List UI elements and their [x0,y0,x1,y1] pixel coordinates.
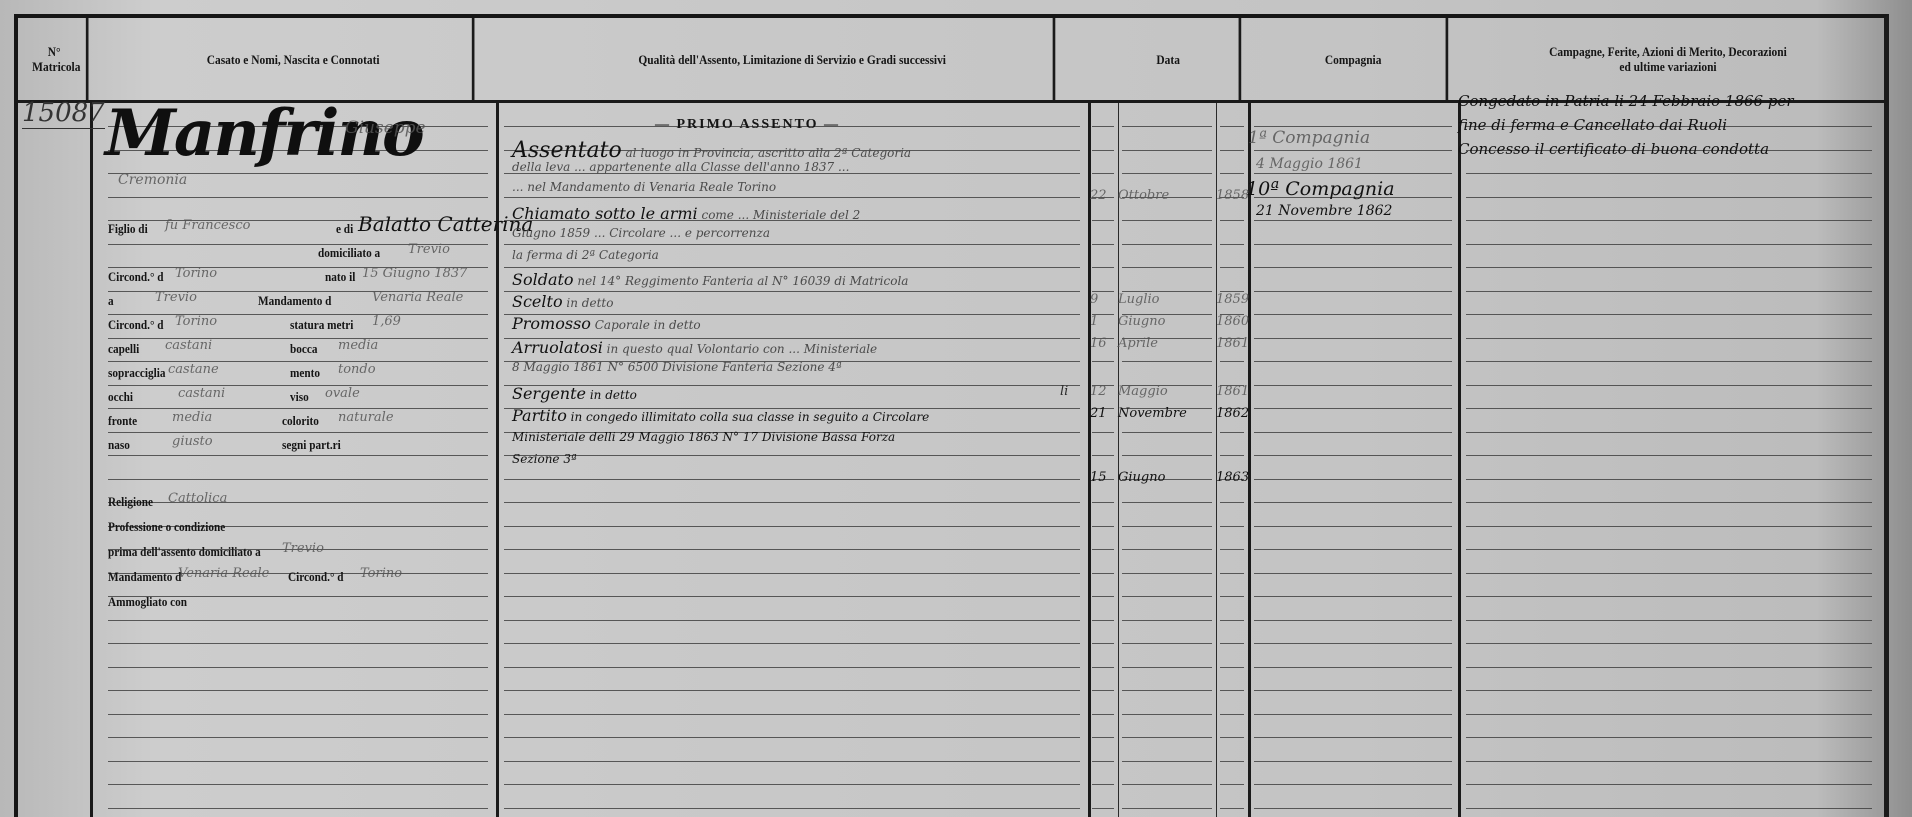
ruled-line [504,244,1080,245]
qualita-entry-text: in questo qual Volontario con ... Minist… [607,342,878,356]
ruled-line [108,479,488,480]
field-figlio-di-value: fu Francesco [165,218,250,233]
field-circond-value: Torino [175,266,217,281]
ruled-line [1254,549,1452,550]
campagne-line-2: fine di ferma e Cancellato dai Ruoli [1458,116,1727,134]
field-colorito-value: naturale [338,410,394,425]
ruled-line [504,714,1080,715]
ruled-line [1092,596,1114,597]
qualita-entry-lead: Partito [512,406,567,425]
field-fronte-value: media [172,410,212,425]
ruled-line [1122,620,1212,621]
ruled-line [1220,526,1244,527]
qualita-entry: Sergente in detto [512,384,637,403]
ruled-line [1220,267,1244,268]
ruled-line [1092,808,1114,809]
ruled-line [1122,173,1212,174]
ruled-line [1092,573,1114,574]
ruled-line [1220,596,1244,597]
ruled-line [504,479,1080,480]
ruled-line [1122,220,1212,221]
ruled-line [1092,667,1114,668]
ruled-line [1466,620,1872,621]
ruled-line [1092,244,1114,245]
date-month: Aprile [1118,336,1158,351]
ruled-line [1254,150,1452,151]
qualita-entry: Ministeriale delli 29 Maggio 1863 N° 17 … [512,430,895,444]
field-a-label: a [108,294,114,309]
header-data: Data [1098,18,1241,100]
ruled-line [1254,737,1452,738]
ruled-line [1466,596,1872,597]
ruled-line [108,690,488,691]
field-statura-value: 1,69 [372,314,401,329]
field-circond-label: Circond.° d [108,270,164,285]
header-casato-label: Casato e Nomi, Nascita e Connotati [207,52,380,67]
ruled-line [1466,197,1872,198]
ruled-line [1254,385,1452,386]
ruled-line [504,761,1080,762]
ruled-line [1092,620,1114,621]
field-colorito-label: colorito [282,414,319,429]
ruled-line [504,573,1080,574]
field-circond3-label: Circond.° d [288,570,344,585]
field-mandamento3-label: Mandamento d [108,570,181,585]
field-occhi-value: castani [178,386,225,401]
ruled-line [108,502,488,503]
column-month [1118,103,1217,817]
date-day: 15 [1090,470,1107,485]
header-campagne: Campagne, Ferite, Azioni di Merito, Deco… [1483,18,1853,100]
second-line-value: Cremonia [118,172,187,188]
qualita-entry: Scelto in detto [512,292,613,311]
ruled-line [108,432,488,433]
compagnia-entry1-line2: 4 Maggio 1861 [1256,156,1363,172]
field-naso-value: giusto [172,434,213,449]
field-ammogliato-label: Ammogliato con [108,595,187,610]
ruled-line [1254,291,1452,292]
qualita-entry-text: in detto [566,296,613,310]
ruled-line [1254,220,1452,221]
ruled-line [1254,314,1452,315]
ruled-line [1220,690,1244,691]
field-sopracciglia-value: castane [168,362,219,377]
ruled-line [1220,549,1244,550]
ruled-line [504,620,1080,621]
date-year: 1861 [1216,336,1249,351]
ruled-line [1122,808,1212,809]
compagnia-entry1-line1: 1ª Compagnia [1248,128,1370,148]
field-mento-value: tondo [338,362,376,377]
ruled-line [1466,808,1872,809]
ruled-line [1092,714,1114,715]
ruled-line [1254,126,1452,127]
qualita-entry-text: Giugno 1859 ... Circolare ... e percorre… [512,226,770,240]
date-year: 1863 [1216,470,1249,485]
ruled-line [1220,502,1244,503]
field-capelli-value: castani [165,338,212,353]
qualita-entry: Promosso Caporale in detto [512,314,701,333]
field-circond3-value: Torino [360,566,402,581]
ruled-line [1092,784,1114,785]
field-statura-label: statura metri [290,318,353,333]
date-month: Luglio [1118,292,1159,307]
ruled-line [108,667,488,668]
ruled-line [108,314,488,315]
field-bocca-value: media [338,338,378,353]
date-year: 1861 [1216,384,1249,399]
ruled-line [1466,220,1872,221]
column-year [1216,103,1251,817]
field-capelli-label: capelli [108,342,139,357]
ruled-line [1220,455,1244,456]
ruled-line [1092,549,1114,550]
ruled-line [1220,784,1244,785]
date-year: 1859 [1216,292,1249,307]
ruled-line [1220,220,1244,221]
ruled-line [1254,408,1452,409]
ruled-line [108,455,488,456]
qualita-entry-text: in detto [590,388,637,402]
date-day: 9 [1090,292,1098,307]
ruled-line [1220,761,1244,762]
qualita-entry-text: Ministeriale delli 29 Maggio 1863 N° 17 … [512,430,895,444]
ruled-line [1254,596,1452,597]
ruled-line [1122,714,1212,715]
ruled-line [1122,455,1212,456]
ruled-line [1220,737,1244,738]
ruled-line [1254,714,1452,715]
ruled-line [1122,596,1212,597]
date-month: Giugno [1118,314,1165,329]
ruled-line [1220,808,1244,809]
header-campagne-line1: Campagne, Ferite, Azioni di Merito, Deco… [1549,44,1787,59]
header-matricola-label: N° Matricola [32,44,76,74]
matricola-number: 15087 [22,98,105,129]
qualita-entry: della leva ... appartenente alla Classe … [512,160,849,174]
ruled-line [1220,667,1244,668]
header-qualita: Qualità dell'Assento, Limitazione di Ser… [532,18,1056,100]
ruled-line [1220,126,1244,127]
ruled-line [1466,784,1872,785]
qualita-entry-text: 8 Maggio 1861 N° 6500 Divisione Fanteria… [512,360,842,374]
ruled-line [1122,784,1212,785]
ruled-line [1466,291,1872,292]
ruled-line [504,667,1080,668]
ruled-line [1092,220,1114,221]
ruled-line [108,620,488,621]
ruled-line [1092,502,1114,503]
ruled-line [1092,643,1114,644]
ruled-line [1220,150,1244,151]
qualita-entry-lead: Scelto [512,292,563,311]
field-religione-label: Religione [108,495,153,510]
ruled-line [1466,761,1872,762]
field-e-di-value: Balatto Catterina [358,212,533,236]
ruled-line [504,455,1080,456]
given-name: Giuseppe [345,118,426,138]
ruled-line [1220,361,1244,362]
date-month: Maggio [1118,384,1168,399]
header-data-label: Data [1156,52,1180,67]
ruled-line [1122,690,1212,691]
date-day: 21 [1090,406,1107,421]
ruled-line [504,526,1080,527]
ruled-line [108,361,488,362]
field-naso-label: naso [108,438,130,453]
ruled-line [108,197,488,198]
ruled-line [1092,690,1114,691]
ruled-line [1122,573,1212,574]
ruled-line [1466,690,1872,691]
ruled-line [504,737,1080,738]
qualita-entry: Arruolatosi in questo qual Volontario co… [512,338,877,357]
ruled-line [108,737,488,738]
ruled-line [1254,479,1452,480]
ruled-line [1220,173,1244,174]
column-matricola [18,103,93,817]
ruled-line [1122,150,1212,151]
ruled-line [1220,573,1244,574]
field-figlio-di-label: Figlio di [108,222,148,237]
ruled-line [1122,502,1212,503]
ruled-line [1466,737,1872,738]
qualita-entry-text: come ... Ministeriale del 2 [701,208,860,222]
field-nato-value: 15 Giugno 1837 [362,266,467,281]
ruled-line [1466,338,1872,339]
ruled-line [1122,126,1212,127]
ruled-line [1254,432,1452,433]
qualita-entry-text: Caporale in detto [595,318,701,332]
field-professione-label: Professione o condizione [108,520,225,535]
ruled-line [1254,173,1452,174]
qualita-entry: Chiamato sotto le armi come ... Minister… [512,204,860,223]
ruled-line [1122,643,1212,644]
header-casato: Casato e Nomi, Nascita e Connotati [115,18,475,100]
qualita-entry-text: Sezione 3ª [512,452,577,466]
ruled-line [1122,361,1212,362]
ruled-line [1254,784,1452,785]
ruled-line [1122,244,1212,245]
field-occhi-label: occhi [108,390,133,405]
column-day [1088,103,1119,817]
ruled-line [1092,526,1114,527]
ruled-line [1466,502,1872,503]
date-day: 1 [1090,314,1098,329]
date-day: 22 [1090,188,1107,203]
qualita-entry-lead: Chiamato sotto le armi [512,204,698,223]
ruled-line [1254,244,1452,245]
ruled-line [108,714,488,715]
campagne-line-3: Concesso il certificato di buona condott… [1458,140,1769,158]
ruled-line [1466,455,1872,456]
register-page: N° Matricola Casato e Nomi, Nascita e Co… [0,0,1912,817]
column-casato [90,103,499,817]
ruled-line [1220,244,1244,245]
ruled-line [1466,314,1872,315]
ruled-line [1220,620,1244,621]
qualita-entry: Partito in congedo illimitato colla sua … [512,406,929,425]
ruled-line [1122,667,1212,668]
header-compagnia: Compagnia [1261,18,1448,100]
ruled-line [1466,643,1872,644]
field-sopracciglia-label: sopracciglia [108,366,166,381]
ruled-line [1254,808,1452,809]
ruled-line [1092,150,1114,151]
ruled-line [1254,667,1452,668]
ruled-line [108,643,488,644]
date-month: Ottobre [1118,188,1169,203]
ruled-line [1220,432,1244,433]
ruled-line [1466,573,1872,574]
qualita-entry: Sezione 3ª [512,452,577,466]
ruled-line [1466,267,1872,268]
ruled-line [504,643,1080,644]
date-year: 1862 [1216,406,1249,421]
qualita-entry-text: ... nel Mandamento di Venaria Reale Tori… [512,180,776,194]
ruled-line [504,808,1080,809]
campagne-line-1: Congedato in Patria li 24 Febbraio 1866 … [1458,92,1794,110]
ruled-line [1220,643,1244,644]
qualita-entry-lead: Arruolatosi [512,338,603,357]
qualita-entry-text: al luogo in Provincia, ascritto alla 2ª … [626,146,912,160]
ruled-line [108,784,488,785]
ruled-line [1254,526,1452,527]
field-segni-label: segni part.ri [282,438,341,453]
ruled-line [1122,761,1212,762]
header-matricola: N° Matricola [23,18,89,100]
compagnia-entry2-line1: 10ª Compagnia [1246,178,1395,200]
field-prima-label: prima dell'assento domiciliato a [108,545,261,560]
ruled-line [504,784,1080,785]
field-a-value: Trevio [155,290,197,305]
date-year: 1858 [1216,188,1249,203]
ruled-line [1466,385,1872,386]
qualita-entry-lead: Soldato [512,270,574,289]
ruled-line [1466,361,1872,362]
primo-assento-title: — PRIMO ASSENTO — [655,117,840,133]
qualita-entry-lead: Sergente [512,384,586,403]
ruled-line [1466,714,1872,715]
ruled-line [504,596,1080,597]
ruled-line [1466,244,1872,245]
ruled-line [504,267,1080,268]
ruled-line [108,808,488,809]
date-month: Giugno [1118,470,1165,485]
ruled-line [1122,549,1212,550]
field-mandamento-label: Mandamento d [258,294,331,309]
ruled-line [1122,432,1212,433]
ruled-line [1220,714,1244,715]
date-month: Novembre [1118,406,1187,421]
ruled-line [1122,526,1212,527]
ruled-line [504,197,1080,198]
date-year: 1860 [1216,314,1249,329]
ruled-line [1466,667,1872,668]
ruled-line [1466,526,1872,527]
qualita-entry-lead: Promosso [512,314,591,333]
field-circond2-label: Circond.° d [108,318,164,333]
field-religione-value: Cattolica [168,491,227,506]
qualita-entry-tail: li [1060,384,1068,399]
date-day: 12 [1090,384,1107,399]
field-mandamento3-value: Venaria Reale [178,566,269,581]
ruled-line [1254,643,1452,644]
ruled-line [504,549,1080,550]
qualita-entry-text: in congedo illimitato colla sua classe i… [571,410,930,424]
field-circond2-value: Torino [175,314,217,329]
ruled-line [1466,408,1872,409]
ruled-line [1254,620,1452,621]
ruled-line [504,502,1080,503]
ruled-line [1092,361,1114,362]
ruled-line [504,690,1080,691]
ruled-line [1254,502,1452,503]
field-mento-label: mento [290,366,320,381]
compagnia-entry2-line2: 21 Novembre 1862 [1256,203,1392,219]
qualita-entry-text: la ferma di 2ª Categoria [512,248,659,262]
ruled-line [108,408,488,409]
qualita-entry: la ferma di 2ª Categoria [512,248,659,262]
ruled-line [1092,267,1114,268]
field-fronte-label: fronte [108,414,137,429]
qualita-entry: Giugno 1859 ... Circolare ... e percorre… [512,226,770,240]
ruled-line [108,761,488,762]
ruled-line [1254,761,1452,762]
field-viso-value: ovale [325,386,360,401]
ruled-line [1466,432,1872,433]
qualita-entry: Soldato nel 14° Reggimento Fanteria al N… [512,270,908,289]
ruled-line [1466,479,1872,480]
ruled-line [1254,361,1452,362]
field-mandamento-value: Venaria Reale [372,290,463,305]
ruled-line [1092,455,1114,456]
header-qualita-label: Qualità dell'Assento, Limitazione di Ser… [638,52,946,67]
field-bocca-label: bocca [290,342,318,357]
header-campagne-line2: ed ultime variazioni [1619,59,1716,74]
ruled-line [1466,173,1872,174]
ruled-line [1254,455,1452,456]
ruled-line [1254,267,1452,268]
field-e-di-label: e di [336,222,353,237]
field-domiciliato-value: Trevio [408,242,450,257]
qualita-entry: ... nel Mandamento di Venaria Reale Tori… [512,180,776,194]
ruled-line [1254,338,1452,339]
ruled-line [1254,690,1452,691]
ruled-line [108,385,488,386]
field-viso-label: viso [290,390,309,405]
ruled-line [1254,573,1452,574]
qualita-entry-text: nel 14° Reggimento Fanteria al N° 16039 … [577,274,908,288]
ruled-line [1092,761,1114,762]
header-compagnia-label: Compagnia [1325,52,1382,67]
field-prima-value: Trevio [282,541,324,556]
ruled-line [1092,173,1114,174]
field-nato-label: nato il [325,270,355,285]
ruled-line [1092,126,1114,127]
date-day: 16 [1090,336,1107,351]
field-domiciliato-label: domiciliato a [318,246,380,261]
ruled-line [1466,549,1872,550]
qualita-entry: 8 Maggio 1861 N° 6500 Divisione Fanteria… [512,360,842,374]
ruled-line [1122,267,1212,268]
ruled-line [1122,737,1212,738]
ruled-line [1092,432,1114,433]
qualita-entry-text: della leva ... appartenente alla Classe … [512,160,849,174]
ruled-line [1092,737,1114,738]
